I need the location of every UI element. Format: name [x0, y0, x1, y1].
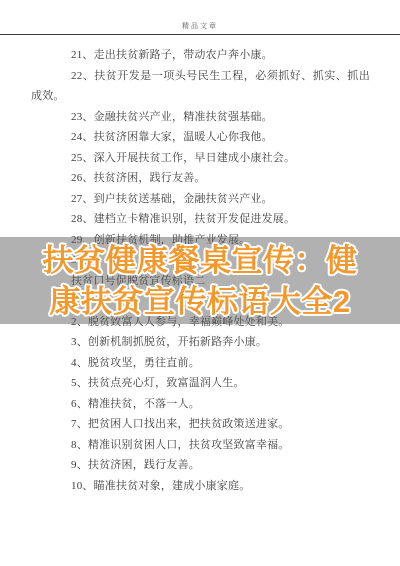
- list-item: 4、脱贫攻坚，勇往直前。: [31, 353, 370, 374]
- list-item: 27、到户扶贫送基础，金融扶贫兴产业。: [31, 189, 370, 210]
- list-item: 26、扶贫济困，践行友善。: [31, 168, 370, 189]
- list-item: 10、瞄准扶贫对象，建成小康家庭。: [31, 476, 370, 497]
- list-item: 28、建档立卡精准识别，扶贫开发促进发展。: [31, 209, 370, 230]
- list-item: 6、精准扶贫，不落一人。: [31, 394, 370, 415]
- document-body: 21、走出扶贫新路子，带动农户奔小康。22、扶贫开发是一项头号民生工程，必须抓好…: [0, 35, 400, 496]
- list-item: 1、: [31, 291, 370, 312]
- list-item: 8、精准识别贫困人口，扶贫攻坚致富幸福。: [31, 435, 370, 456]
- list-item: 2、脱贫致富人人参与，幸福巅峰处处和美。: [31, 312, 370, 333]
- document-page: 精品文章 21、走出扶贫新路子，带动农户奔小康。22、扶贫开发是一项头号民生工程…: [0, 0, 400, 566]
- list-item: 24、扶贫济困靠大家，温暖人心你我他。: [31, 127, 370, 148]
- page-header: 精品文章: [0, 0, 400, 35]
- list-item: 25、深入开展扶贫工作，早日建成小康社会。: [31, 148, 370, 169]
- list-item: 21、走出扶贫新路子，带动农户奔小康。: [31, 45, 370, 66]
- slogan-list-b: 1、2、脱贫致富人人参与，幸福巅峰处处和美。3、创新机制抓脱贫，开拓新路奔小康。…: [31, 291, 370, 496]
- list-item: 5、扶贫点亮心灯，致富温润人生。: [31, 373, 370, 394]
- list-item: 30、: [31, 250, 370, 271]
- list-item: 3、创新机制抓脱贫，开拓新路奔小康。: [31, 332, 370, 353]
- list-item: 9、扶贫济困，践行友善。: [31, 455, 370, 476]
- slogan-list-a: 21、走出扶贫新路子，带动农户奔小康。22、扶贫开发是一项头号民生工程，必须抓好…: [31, 45, 370, 271]
- list-item: 7、把贫困人口找出来，把扶贫政策送进家。: [31, 414, 370, 435]
- section-subtitle: 扶贫口号促脱贫宣传标语二: [31, 271, 370, 292]
- header-title: 精品文章: [182, 21, 218, 34]
- list-item: 29、创新扶贫机制，助推产业发展。: [31, 230, 370, 251]
- list-item: 22、扶贫开发是一项头号民生工程，必须抓好、抓实、抓出成效。: [31, 66, 370, 107]
- list-item: 23、金融扶贫兴产业，精准扶贫强基础。: [31, 107, 370, 128]
